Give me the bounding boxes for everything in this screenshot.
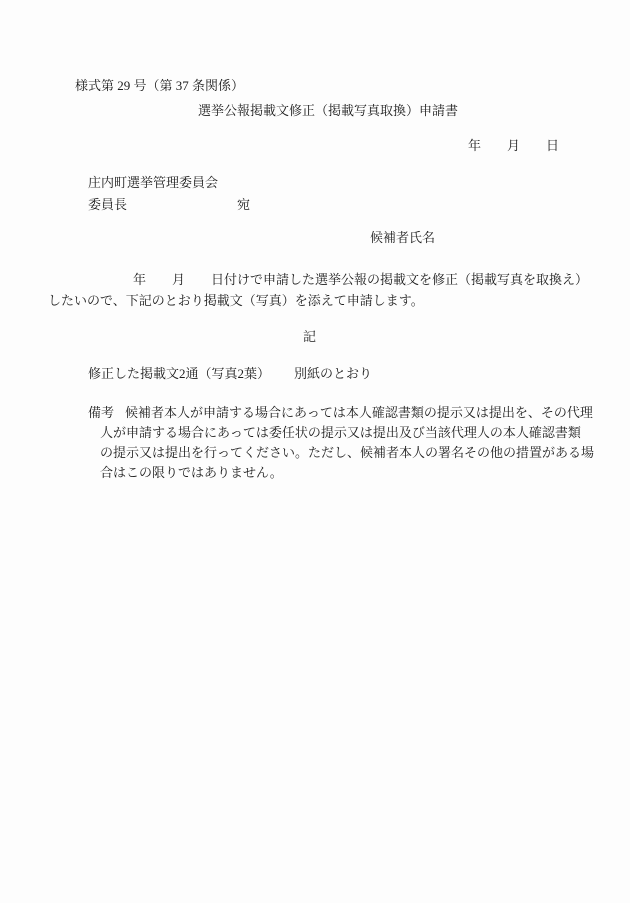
page-title: 選挙公報掲載文修正（掲載写真取換）申請書 xyxy=(198,103,458,119)
remarks-line: 備考候補者本人が申請する場合にあっては本人確認書類の提示又は提出を、その代理 xyxy=(88,403,594,423)
remarks-line: の提示又は提出を行ってください。ただし、候補者本人の署名その他の措置がある場 xyxy=(100,443,594,463)
addressee-organization: 庄内町選挙管理委員会 xyxy=(88,175,218,191)
remarks-line: 人が申請する場合にあっては委任状の提示又は提出及び当該代理人の本人確認書類 xyxy=(100,423,594,443)
application-form-page: 様式第 29 号（第 37 条関係） 選挙公報掲載文修正（掲載写真取換）申請書 … xyxy=(0,0,630,903)
remarks-block: 備考候補者本人が申請する場合にあっては本人確認書類の提示又は提出を、その代理 人… xyxy=(88,403,594,483)
remarks-line: 合はこの限りではありません。 xyxy=(100,463,594,483)
enclosure-detail: 別紙のとおり xyxy=(294,366,372,381)
addressee-role: 委員長 xyxy=(88,197,127,212)
addressee-honorific: 宛 xyxy=(237,197,250,212)
candidate-name-label: 候補者氏名 xyxy=(370,230,435,246)
date-fill-in-line: 年 月 日 xyxy=(468,138,559,154)
remarks-label: 備考 xyxy=(88,405,114,420)
enclosure-item: 修正した掲載文2通（写真2葉） xyxy=(88,366,270,381)
record-marker: 記 xyxy=(303,329,316,345)
enclosure-line: 修正した掲載文2通（写真2葉）別紙のとおり xyxy=(88,366,372,382)
remarks-text: 候補者本人が申請する場合にあっては本人確認書類の提示又は提出を、その代理 xyxy=(125,405,593,420)
form-number: 様式第 29 号（第 37 条関係） xyxy=(75,78,244,94)
body-paragraph-line-1: 年 月 日付けで申請した選挙公報の掲載文を修正（掲載写真を取換え） xyxy=(133,272,588,288)
body-paragraph-line-2: したいので、下記のとおり掲載文（写真）を添えて申請します。 xyxy=(48,293,424,309)
addressee-role-line: 委員長宛 xyxy=(88,197,250,213)
